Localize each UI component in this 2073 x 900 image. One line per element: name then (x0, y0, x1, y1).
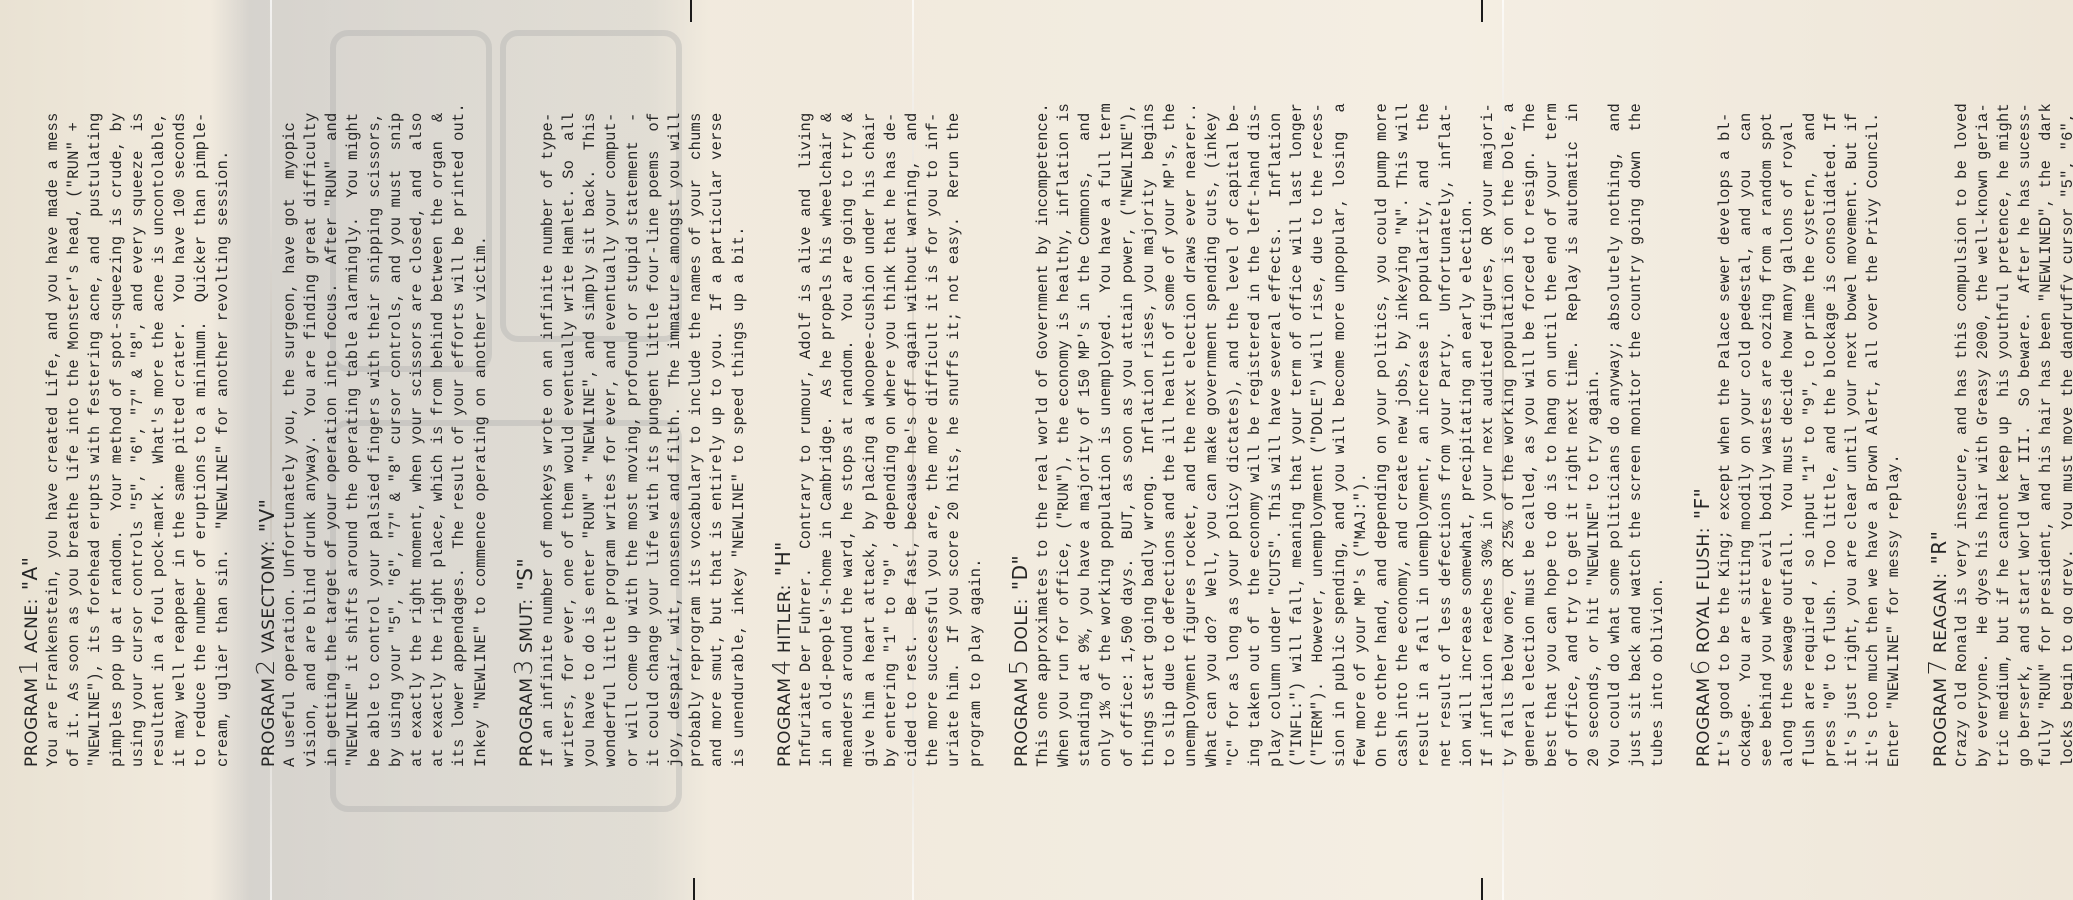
description-line: ("INFL:") will fall, meaning that your t… (1287, 25, 1308, 767)
description-line: If an infinite number of monkeys wrote o… (538, 25, 559, 767)
program-heading: PROGRAM6ROYAL FLUSH:"F" (1690, 25, 1715, 767)
description-line: cash into the economy, and create new jo… (1393, 25, 1414, 767)
description-line: see behind you where evil bodily wastes … (1757, 25, 1778, 767)
description-line: pimples pop up at random. Your method of… (107, 25, 128, 767)
description-line: by everyone. He dyes his hair with Greas… (1973, 25, 1994, 767)
description-line: and more smut, but that is entirely up t… (707, 25, 728, 767)
description-line: You could do what some politicians do an… (1605, 25, 1626, 767)
description-line: On the other hand, and depending on your… (1372, 25, 1393, 767)
description-line: program to play again. (966, 25, 987, 767)
program-entry: PROGRAM1ACNE:"A" You are Frankenstein, y… (18, 25, 234, 767)
description-line: A useful operation. Unfortunately you, t… (280, 25, 301, 767)
description-line: be able to control your palsied fingers … (365, 25, 386, 767)
description-line: resultant in a foul pock-mark. What's mo… (149, 25, 170, 767)
description-line: tubes into oblivion. (1648, 25, 1669, 767)
description-line: 20 seconds, or hit "NEWLINE" to try agai… (1584, 25, 1605, 767)
program-label: PROGRAM (1012, 677, 1032, 767)
description-line: ing taken out of the economy will be reg… (1245, 25, 1266, 767)
program-load-key: "A" (18, 557, 42, 591)
program-title: HITLER: (775, 584, 795, 653)
description-line: "NEWLINE" it shifts around the operating… (343, 25, 364, 767)
program-description: Crazy old Ronald is very insecure, and h… (1952, 25, 2073, 767)
description-line: give him a heart attack, by placing a wh… (860, 25, 881, 767)
description-line: What can you do? Well, you can make gove… (1202, 25, 1223, 767)
program-entry: PROGRAM3SMUT:"S" If an infinite number o… (513, 25, 750, 767)
description-line: tric medium, but if he cannot keep up hi… (1994, 25, 2015, 767)
description-line: of office, and try to get it right next … (1563, 25, 1584, 767)
description-line: ion will increase somewhat, precipitatin… (1457, 25, 1478, 767)
program-title: DOLE: (1012, 598, 1032, 653)
description-line: cream, uglier than sin. "NEWLINE" for an… (213, 25, 234, 767)
description-line: to reduce the number of eruptions to a m… (191, 25, 212, 767)
description-line: in getting the target of your operation … (322, 25, 343, 767)
description-line: Inkey "NEWLINE" to commence operating on… (471, 25, 492, 767)
description-line: meanders around the ward, he stops at ra… (838, 25, 859, 767)
program-number: 6 (1686, 659, 1715, 675)
description-line: at exactly the right place, which is fro… (428, 25, 449, 767)
program-heading: PROGRAM7REAGAN:"R" (1927, 25, 1952, 767)
description-line: standing at 9%, you have a majority of 1… (1075, 25, 1096, 767)
program-description: Infuriate Der Fuhrer. Contrary to rumour… (796, 25, 987, 767)
description-line: unemployment figures rocket, and the nex… (1181, 25, 1202, 767)
program-load-key: "S" (513, 558, 537, 591)
program-number: 1 (14, 659, 43, 675)
description-line: few more of your MP's ("MAJ:"). (1351, 25, 1372, 767)
description-line: ty falls below one, OR 25% of the workin… (1499, 25, 1520, 767)
description-line: just sit back and watch the screen monit… (1626, 25, 1647, 767)
program-entry: PROGRAM4HITLER:"H" Infuriate Der Fuhrer.… (771, 25, 987, 767)
description-line: to slip due to defections and the ill he… (1160, 25, 1181, 767)
program-heading: PROGRAM4HITLER:"H" (771, 25, 796, 767)
program-heading: PROGRAM2VASECTOMY:"V" (255, 25, 280, 767)
description-line: it could change your life with its punge… (644, 25, 665, 767)
program-description: You are Frankenstein, you have created L… (43, 25, 234, 767)
program-heading: PROGRAM5DOLE:"D" (1008, 25, 1033, 767)
description-line: If inflation reaches 30% in your next au… (1478, 25, 1499, 767)
program-load-key: "H" (771, 541, 795, 576)
program-load-key: "D" (1008, 555, 1032, 590)
description-line: cided to rest. Be fast, because he's off… (902, 25, 923, 767)
description-line: or will come up with the most moving, pr… (623, 25, 644, 767)
description-line: using your cursor controls "5", "6", "7"… (128, 25, 149, 767)
program-description: It's good to be the King; except when th… (1715, 25, 1906, 767)
program-entry: PROGRAM5DOLE:"D" This one approximates t… (1008, 25, 1669, 767)
program-title: ROYAL FLUSH: (1694, 527, 1714, 653)
program-number: 4 (767, 659, 796, 675)
description-line: result in a fall in unemployment, an inc… (1414, 25, 1435, 767)
program-label: PROGRAM (775, 677, 795, 767)
description-line: the more successful you are, the more di… (923, 25, 944, 767)
program-description: This one approximates to the real world … (1033, 25, 1669, 767)
description-line: by using your "5", "6", "7" & "8" cursor… (386, 25, 407, 767)
description-line: it may well reappear in the same pitted … (170, 25, 191, 767)
description-line: it's too much then we have a Brown Alert… (1863, 25, 1884, 767)
description-line: of office: 1,500 days. BUT, as soon as y… (1118, 25, 1139, 767)
program-title: REAGAN: (1931, 572, 1951, 653)
program-description: A useful operation. Unfortunately you, t… (280, 25, 492, 767)
description-line: "NEWLINE"), its forehead erupts with fes… (85, 25, 106, 767)
program-entry: PROGRAM2VASECTOMY:"V" A useful operation… (255, 25, 492, 767)
program-entry: PROGRAM7REAGAN:"R" Crazy old Ronald is v… (1927, 25, 2073, 767)
description-line: flush are required , so input "1" to "9"… (1800, 25, 1821, 767)
description-line: ockage. You are sitting moodily on your … (1736, 25, 1757, 767)
program-label: PROGRAM (517, 677, 537, 767)
program-title: VASECTOMY: (259, 540, 279, 653)
program-number: 5 (1004, 659, 1033, 675)
program-title: ACNE: (22, 598, 42, 653)
program-label: PROGRAM (1931, 677, 1951, 767)
description-line: is unendurable, inkey "NEWLINE" to speed… (729, 25, 750, 767)
description-line: it's just right, you are clear until you… (1842, 25, 1863, 767)
description-line: in an old-people's-home in Cambridge. As… (817, 25, 838, 767)
program-number: 7 (1923, 659, 1952, 675)
description-line: It's good to be the King; except when th… (1715, 25, 1736, 767)
scanned-inlay-sheet: PROGRAM1ACNE:"A" You are Frankenstein, y… (0, 0, 2073, 900)
program-heading: PROGRAM3SMUT:"S" (513, 25, 538, 767)
description-line: sion in public spending, and you will be… (1330, 25, 1351, 767)
description-line: You are Frankenstein, you have created L… (43, 25, 64, 767)
description-line: probably reprogram its vocabulary to inc… (686, 25, 707, 767)
program-label: PROGRAM (259, 677, 279, 767)
description-line: only 1% of the working population is une… (1096, 25, 1117, 767)
description-line: at exactly the right moment, when your s… (407, 25, 428, 767)
description-line: joy, despair, wit, nonsense and filth. T… (665, 25, 686, 767)
program-descriptions: PROGRAM1ACNE:"A" You are Frankenstein, y… (6, 15, 2066, 885)
description-line: go berserk, and start World War III. So … (2015, 25, 2036, 767)
program-description: If an infinite number of monkeys wrote o… (538, 25, 750, 767)
description-line: Infuriate Der Fuhrer. Contrary to rumour… (796, 25, 817, 767)
description-line: things start going badly wrong. Inflatio… (1139, 25, 1160, 767)
description-line: vision, and are blind drunk anyway. You … (301, 25, 322, 767)
description-line: play column under "CUTS". This will have… (1266, 25, 1287, 767)
program-number: 2 (251, 659, 280, 675)
description-line: Crazy old Ronald is very insecure, and h… (1952, 25, 1973, 767)
program-load-key: "R" (1927, 531, 1951, 565)
program-heading: PROGRAM1ACNE:"A" (18, 25, 43, 767)
description-line: uriate him. If you score 20 hits, he snu… (944, 25, 965, 767)
description-line: fully "RUN" for president, and his hair … (2036, 25, 2057, 767)
program-load-key: "F" (1690, 488, 1714, 519)
description-line: net result of less defections from your … (1436, 25, 1457, 767)
description-line: by entering "1" to "9" , depending on wh… (881, 25, 902, 767)
description-line: locks begin to go grey. You must move th… (2058, 25, 2073, 767)
description-line: best that you can hope to do is to hang … (1542, 25, 1563, 767)
description-line: ("TERM"). However, unemployment ("DOLE")… (1308, 25, 1329, 767)
description-line: its lower appendages. The result of your… (449, 25, 470, 767)
description-line: Enter "NEWLINE" for messy replay. (1884, 25, 1905, 767)
program-number: 3 (509, 659, 538, 675)
description-line: writers, for ever, one of them would eve… (559, 25, 580, 767)
description-line: general election must be called, as you … (1520, 25, 1541, 767)
description-line: press "0" to flush. Too little, and the … (1821, 25, 1842, 767)
description-line: along the sewage outfall. You must decid… (1778, 25, 1799, 767)
description-line: This one approximates to the real world … (1033, 25, 1054, 767)
description-line: of it. As soon as you breathe life into … (64, 25, 85, 767)
description-line: When you run for office, ("RUN"), the ec… (1054, 25, 1075, 767)
program-label: PROGRAM (22, 677, 42, 767)
program-label: PROGRAM (1694, 677, 1714, 767)
program-entry: PROGRAM6ROYAL FLUSH:"F" It's good to be … (1690, 25, 1906, 767)
description-line: wonderful little program writes for ever… (601, 25, 622, 767)
description-line: you have to do is enter "RUN" + "NEWLINE… (580, 25, 601, 767)
program-title: SMUT: (517, 598, 537, 653)
program-load-key: "V" (255, 499, 279, 533)
description-line: "C" for as long as your policy dictates)… (1224, 25, 1245, 767)
